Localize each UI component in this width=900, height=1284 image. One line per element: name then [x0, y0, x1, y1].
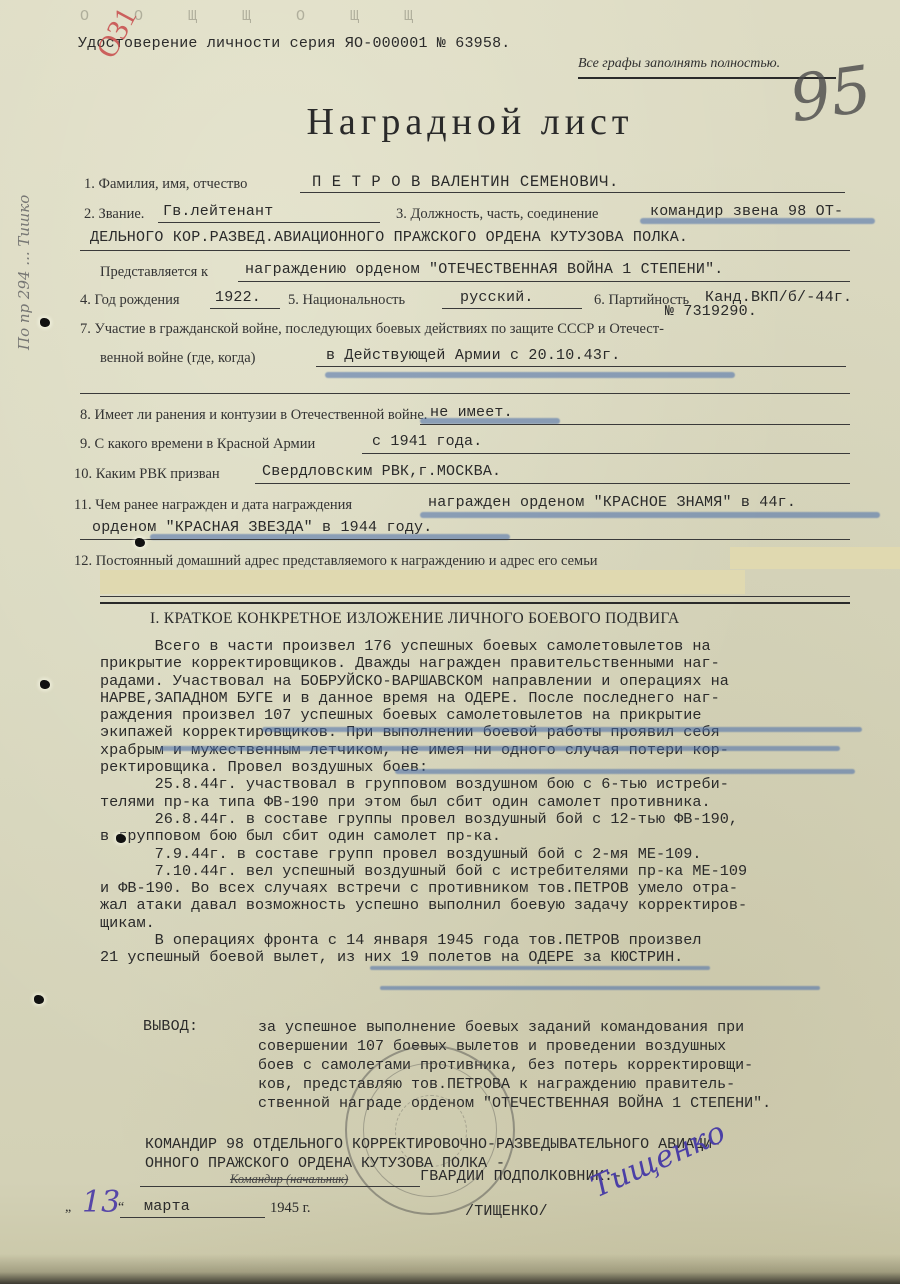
document-title: Наградной лист	[0, 100, 900, 144]
paper-bottom-edge	[0, 1254, 900, 1284]
nominated-label: Представляется к	[100, 264, 208, 281]
punch-hole	[135, 538, 145, 547]
field-2-label: 2. Звание.	[84, 206, 144, 223]
field-10-label: 10. Каким РВК призван	[74, 466, 220, 483]
field-3-value-cont: ДЕЛЬНОГО КОР.РАЗВЕД.АВИАЦИОННОГО ПРАЖСКО…	[90, 229, 688, 246]
field-2-value: Гв.лейтенант	[163, 203, 273, 220]
punch-hole	[116, 834, 126, 843]
conclusion-label: ВЫВОД:	[143, 1018, 198, 1035]
fill-instruction: Все графы заполнять полностью.	[578, 56, 780, 72]
field-3-label: 3. Должность, часть, соединение	[396, 206, 598, 223]
redacted-address	[100, 570, 745, 594]
field-7-label: 7. Участие в гражданской войне, последую…	[80, 321, 664, 338]
date-year: 1945 г.	[270, 1200, 311, 1217]
field-4-value: 1922.	[215, 289, 261, 306]
field-4-label: 4. Год рождения	[80, 292, 180, 309]
field-9-underline	[362, 453, 850, 454]
field-7-value: в Действующей Армии с 20.10.43г.	[326, 347, 620, 364]
blue-pencil-mark	[262, 727, 862, 732]
date-open-quote: „	[65, 1200, 71, 1216]
official-seal	[345, 1045, 515, 1215]
conclusion-text: за успешное выполнение боевых заданий ко…	[258, 1018, 771, 1113]
field-5-underline	[442, 308, 582, 309]
signoff-underline	[140, 1186, 420, 1187]
field-11-underline	[80, 539, 850, 540]
field-11-label: 11. Чем ранее награжден и дата награжден…	[74, 497, 352, 514]
field-12-underline	[100, 596, 850, 597]
date-underline	[120, 1217, 265, 1218]
blank-line	[80, 393, 850, 394]
blue-pencil-mark	[395, 769, 855, 774]
field-4-underline	[210, 308, 280, 309]
blue-pencil-mark	[380, 986, 820, 990]
field-11-value: награжден орденом "КРАСНОЕ ЗНАМЯ" в 44г.	[428, 494, 796, 511]
date-close-quote: “	[118, 1200, 124, 1216]
date-month: марта	[144, 1198, 190, 1215]
signer-name: /ТИЩЕНКО/	[465, 1203, 548, 1220]
field-8-underline	[420, 424, 850, 425]
punch-hole	[40, 680, 50, 689]
field-10-value: Свердловским РВК,г.МОСКВА.	[262, 463, 501, 480]
date-day: 13	[82, 1185, 120, 1220]
field-5-value: русский.	[460, 289, 534, 306]
struck-form-label: Командир (начальник)	[230, 1172, 348, 1187]
punch-hole	[34, 995, 44, 1004]
blue-pencil-mark	[420, 512, 880, 518]
field-7-label-cont: венной войне (где, когда)	[100, 350, 255, 367]
redacted-address	[730, 547, 900, 569]
field-9-label: 9. С какого времени в Красной Армии	[80, 436, 315, 453]
combat-narrative: Всего в части произвел 176 успешных боев…	[100, 638, 890, 967]
blue-pencil-mark	[370, 966, 710, 970]
field-8-label: 8. Имеет ли ранения и контузии в Отечест…	[80, 407, 427, 424]
field-9-value: с 1941 года.	[372, 433, 482, 450]
field-5-label: 5. Национальность	[288, 292, 405, 309]
punch-hole	[40, 318, 50, 327]
margin-handwritten-note: По пр 294 ... Тишко	[12, 195, 36, 350]
field-1-value: П Е Т Р О В ВАЛЕНТИН СЕМЕНОВИЧ.	[312, 173, 619, 191]
field-6-value-cont: № 7319290.	[665, 303, 757, 320]
nominated-value: награждению орденом "ОТЕЧЕСТВЕННАЯ ВОЙНА…	[245, 261, 723, 278]
nominated-underline	[238, 281, 850, 282]
blue-pencil-mark	[160, 746, 840, 751]
blue-pencil-mark	[640, 218, 875, 224]
field-10-underline	[255, 483, 850, 484]
field-3-underline	[80, 250, 850, 251]
field-1-underline	[300, 192, 845, 193]
blue-pencil-mark	[325, 372, 735, 378]
field-2-underline	[158, 222, 380, 223]
section-title: I. КРАТКОЕ КОНКРЕТНОЕ ИЗЛОЖЕНИЕ ЛИЧНОГО …	[150, 610, 679, 628]
section-divider	[100, 602, 850, 604]
field-7-underline	[316, 366, 846, 367]
field-1-label: 1. Фамилия, имя, отчество	[84, 176, 247, 193]
field-12-label: 12. Постоянный домашний адрес представля…	[74, 553, 598, 570]
id-line: Удостоверение личности серия ЯО-000001 №…	[78, 35, 510, 52]
